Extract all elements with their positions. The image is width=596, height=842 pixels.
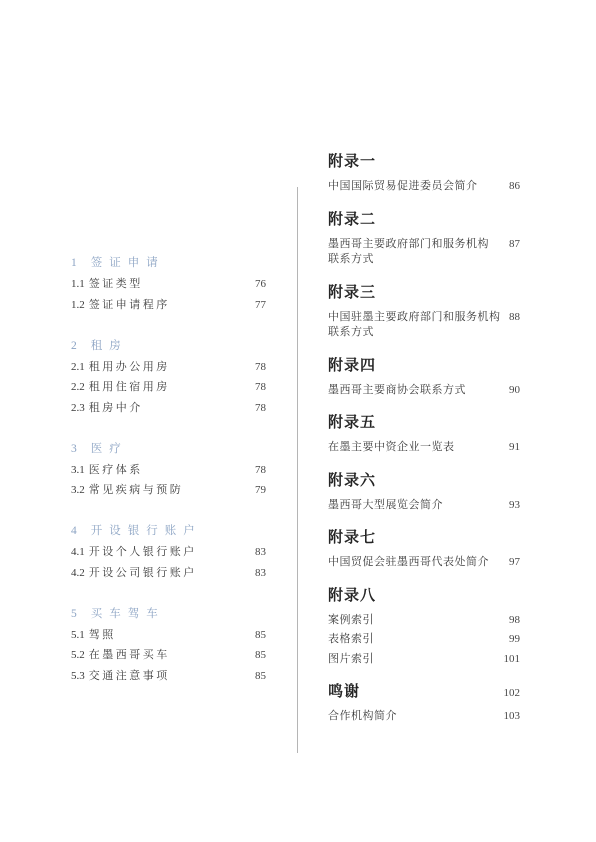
- entry-page-number: 87: [509, 237, 520, 253]
- appendix-entry: 案例索引 98: [328, 613, 520, 629]
- appendix-entry-title: 合作机构简介: [328, 709, 496, 725]
- entry-title: 租房中介: [89, 401, 143, 416]
- column-divider-rule: [297, 187, 298, 753]
- section-title: 开设银行账户: [91, 525, 202, 537]
- entry-page-number: 78: [255, 463, 266, 478]
- entry-title: 签证类型: [89, 277, 143, 292]
- section-title: 租房: [91, 340, 128, 352]
- entry-number: 2.2: [71, 380, 85, 395]
- toc-left-column: 1签证申请 1.1 签证类型 76 1.2 签证申请程序 77 2租房 2.1 …: [71, 256, 266, 684]
- toc-section-medical: 3医疗 3.1 医疗体系 78 3.2 常见疾病与预防 79: [71, 442, 266, 499]
- appendix-entry: 墨西哥主要商协会联系方式 90: [328, 383, 520, 399]
- appendix-entry-title: 中国驻墨主要政府部门和服务机构 联系方式: [328, 310, 501, 341]
- section-heading: 2租房: [71, 339, 266, 354]
- appendix-heading: 附录八: [328, 588, 520, 605]
- acknowledgement-heading: 鸣谢: [328, 684, 360, 701]
- entry-page-number: 85: [255, 628, 266, 643]
- entry-page-number: 99: [509, 632, 520, 648]
- appendix-heading: 附录七: [328, 530, 520, 547]
- entry-title: 开设个人银行账户: [89, 545, 197, 560]
- section-number: 5: [71, 607, 77, 622]
- entry-page-number: 102: [504, 687, 521, 699]
- entry-page-number: 97: [509, 555, 520, 571]
- entry-page-number: 79: [255, 483, 266, 498]
- section-number: 4: [71, 524, 77, 539]
- entry-page-number: 76: [255, 277, 266, 292]
- appendix-entry: 中国贸促会驻墨西哥代表处简介 97: [328, 555, 520, 571]
- acknowledgement-heading-row: 鸣谢 102: [328, 684, 520, 701]
- appendix-heading: 附录二: [328, 212, 520, 229]
- entry-title: 签证申请程序: [89, 298, 170, 313]
- entry-page-number: 98: [509, 613, 520, 629]
- entry-number: 1.1: [71, 277, 85, 292]
- section-number: 3: [71, 442, 77, 457]
- appendix-heading: 附录一: [328, 154, 520, 171]
- toc-entry: 5.1 驾照 85: [71, 628, 266, 643]
- toc-entry: 4.2 开设公司银行账户 83: [71, 566, 266, 581]
- entry-number: 2.3: [71, 401, 85, 416]
- entry-title: 在墨西哥买车: [89, 648, 170, 663]
- section-number: 1: [71, 256, 77, 271]
- entry-page-number: 85: [255, 669, 266, 684]
- appendix-entry-title: 表格索引: [328, 632, 501, 648]
- toc-entry: 3.1 医疗体系 78: [71, 463, 266, 478]
- entry-title: 交通注意事项: [89, 669, 170, 684]
- appendix-entry: 墨西哥大型展览会简介 93: [328, 498, 520, 514]
- appendix-heading: 附录六: [328, 473, 520, 490]
- toc-entry: 5.3 交通注意事项 85: [71, 669, 266, 684]
- entry-page-number: 101: [504, 652, 521, 668]
- toc-section-bank-account: 4开设银行账户 4.1 开设个人银行账户 83 4.2 开设公司银行账户 83: [71, 524, 266, 581]
- entry-number: 5.1: [71, 628, 85, 643]
- appendix-entry-title: 墨西哥主要商协会联系方式: [328, 383, 501, 399]
- toc-entry: 1.2 签证申请程序 77: [71, 298, 266, 313]
- section-heading: 5买车驾车: [71, 607, 266, 622]
- entry-page-number: 77: [255, 298, 266, 313]
- entry-page-number: 78: [255, 360, 266, 375]
- toc-section-renting: 2租房 2.1 租用办公用房 78 2.2 租用住宿用房 78 2.3 租房中介…: [71, 339, 266, 416]
- entry-page-number: 78: [255, 401, 266, 416]
- entry-title: 医疗体系: [89, 463, 143, 478]
- appendix-heading: 附录三: [328, 285, 520, 302]
- toc-entry: 2.1 租用办公用房 78: [71, 360, 266, 375]
- entry-number: 4.2: [71, 566, 85, 581]
- entry-number: 4.1: [71, 545, 85, 560]
- entry-number: 5.2: [71, 648, 85, 663]
- toc-entry: 3.2 常见疾病与预防 79: [71, 483, 266, 498]
- entry-page-number: 93: [509, 498, 520, 514]
- entry-page-number: 83: [255, 566, 266, 581]
- toc-entry: 2.2 租用住宿用房 78: [71, 380, 266, 395]
- toc-section-car-driving: 5买车驾车 5.1 驾照 85 5.2 在墨西哥买车 85 5.3 交通注意事项…: [71, 607, 266, 684]
- entry-title: 开设公司银行账户: [89, 566, 197, 581]
- section-title: 买车驾车: [91, 608, 165, 620]
- appendix-heading: 附录五: [328, 415, 520, 432]
- toc-entry: 4.1 开设个人银行账户 83: [71, 545, 266, 560]
- toc-entry: 1.1 签证类型 76: [71, 277, 266, 292]
- section-heading: 1签证申请: [71, 256, 266, 271]
- entry-number: 2.1: [71, 360, 85, 375]
- entry-number: 3.2: [71, 483, 85, 498]
- entry-page-number: 91: [509, 440, 520, 456]
- section-title: 医疗: [91, 443, 128, 455]
- appendix-entry-title: 墨西哥主要政府部门和服务机构 联系方式: [328, 237, 501, 268]
- entry-page-number: 88: [509, 310, 520, 326]
- appendix-entry-title: 图片索引: [328, 652, 496, 668]
- acknowledgement-entry: 合作机构简介 103: [328, 709, 520, 725]
- entry-page-number: 103: [504, 709, 521, 725]
- entry-number: 3.1: [71, 463, 85, 478]
- appendix-entry-title: 中国贸促会驻墨西哥代表处简介: [328, 555, 501, 571]
- entry-page-number: 78: [255, 380, 266, 395]
- toc-document-page: 1签证申请 1.1 签证类型 76 1.2 签证申请程序 77 2租房 2.1 …: [0, 0, 596, 842]
- entry-title: 租用住宿用房: [89, 380, 170, 395]
- appendix-heading: 附录四: [328, 358, 520, 375]
- toc-right-column: 附录一 中国国际贸易促进委员会简介 86 附录二 墨西哥主要政府部门和服务机构 …: [328, 154, 520, 725]
- entry-number: 5.3: [71, 669, 85, 684]
- appendix-entry-title: 中国国际贸易促进委员会简介: [328, 179, 501, 195]
- section-heading: 4开设银行账户: [71, 524, 266, 539]
- appendix-entry: 图片索引 101: [328, 652, 520, 668]
- appendix-entry: 在墨主要中资企业一览表 91: [328, 440, 520, 456]
- toc-entry: 2.3 租房中介 78: [71, 401, 266, 416]
- entry-title: 常见疾病与预防: [89, 483, 184, 498]
- entry-title: 驾照: [89, 628, 116, 643]
- entry-number: 1.2: [71, 298, 85, 313]
- appendix-entry: 表格索引 99: [328, 632, 520, 648]
- appendix-entry-title: 墨西哥大型展览会简介: [328, 498, 501, 514]
- section-title: 签证申请: [91, 257, 165, 269]
- appendix-entry: 墨西哥主要政府部门和服务机构 联系方式 87: [328, 237, 520, 268]
- appendix-entry: 中国国际贸易促进委员会简介 86: [328, 179, 520, 195]
- section-number: 2: [71, 339, 77, 354]
- appendix-entry: 中国驻墨主要政府部门和服务机构 联系方式 88: [328, 310, 520, 341]
- entry-title: 租用办公用房: [89, 360, 170, 375]
- toc-section-visa: 1签证申请 1.1 签证类型 76 1.2 签证申请程序 77: [71, 256, 266, 313]
- appendix-entry-title: 案例索引: [328, 613, 501, 629]
- entry-page-number: 83: [255, 545, 266, 560]
- appendix-entry-title: 在墨主要中资企业一览表: [328, 440, 501, 456]
- toc-entry: 5.2 在墨西哥买车 85: [71, 648, 266, 663]
- entry-page-number: 85: [255, 648, 266, 663]
- entry-page-number: 90: [509, 383, 520, 399]
- entry-page-number: 86: [509, 179, 520, 195]
- section-heading: 3医疗: [71, 442, 266, 457]
